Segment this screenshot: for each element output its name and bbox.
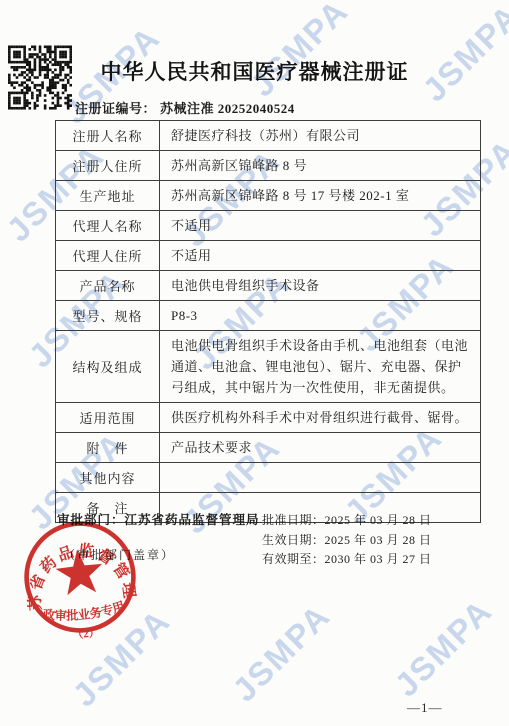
table-row: 生产地址 苏州高新区锦峰路 8 号 17 号楼 202-1 室 [56, 180, 480, 210]
row-value: P8-3 [160, 301, 480, 330]
expiry-date: 有效期至：2030 年 03 月 27 日 [262, 550, 432, 570]
row-label: 其他内容 [56, 463, 160, 492]
dates-block: 批准日期：2025 年 03 月 28 日 生效日期：2025 年 03 月 2… [262, 511, 432, 570]
row-label: 结构及组成 [56, 331, 160, 402]
row-label: 注册人名称 [56, 121, 160, 150]
expiry-date-value: 2030 年 03 月 27 日 [325, 552, 432, 566]
row-label: 产品名称 [56, 271, 160, 300]
stamp-number: （2） [72, 626, 100, 642]
row-label: 代理人住所 [56, 241, 160, 270]
effective-date-label: 生效日期： [262, 533, 325, 547]
stamp-arc-text: 江苏省药品监督管理局 [0, 492, 139, 615]
certificate-content: 中华人民共和国医疗器械注册证 注册证编号：苏械注准 20252040524 注册… [0, 0, 509, 726]
row-label: 附 件 [56, 433, 160, 462]
approval-date-value: 2025 年 03 月 28 日 [325, 513, 432, 527]
row-value: 产品技术要求 [160, 433, 480, 462]
effective-date: 生效日期：2025 年 03 月 28 日 [262, 531, 432, 551]
page-number: —1— [407, 700, 443, 716]
approval-date-label: 批准日期： [262, 513, 325, 527]
table-row: 型号、规格 P8-3 [56, 300, 480, 330]
approval-date: 批准日期：2025 年 03 月 28 日 [262, 511, 432, 531]
expiry-date-label: 有效期至： [262, 552, 325, 566]
table-row: 产品名称 电池供电骨组织手术设备 [56, 270, 480, 300]
svg-text:江苏省药品监督管理局: 江苏省药品监督管理局 [0, 492, 139, 615]
official-stamp: 江苏省药品监督管理局 行政审批业务专用章 （2） [0, 492, 165, 661]
row-value: 不适用 [160, 241, 480, 270]
row-label: 型号、规格 [56, 301, 160, 330]
row-value [160, 463, 480, 492]
table-row: 代理人住所 不适用 [56, 240, 480, 270]
row-label: 注册人住所 [56, 151, 160, 180]
table-row: 注册人住所 苏州高新区锦峰路 8 号 [56, 150, 480, 180]
table-row: 适用范围 供医疗机构外科手术中对骨组织进行截骨、锯骨。 [56, 402, 480, 432]
row-value: 不适用 [160, 211, 480, 240]
table-row: 注册人名称 舒捷医疗科技（苏州）有限公司 [56, 121, 480, 150]
row-label: 代理人名称 [56, 211, 160, 240]
row-value: 电池供电骨组织手术设备由手机、电池组套（电池通道、电池盒、锂电池包）、锯片、充电… [160, 331, 480, 402]
registration-number: 注册证编号：苏械注准 20252040524 [75, 98, 295, 117]
page-title: 中华人民共和国医疗器械注册证 [0, 56, 509, 86]
certificate-page: JSMPA JSMPA JSMPA JSMPA JSMPA JSMPA JSMP… [0, 0, 509, 726]
table-row: 代理人名称 不适用 [56, 210, 480, 240]
table-row: 结构及组成 电池供电骨组织手术设备由手机、电池组套（电池通道、电池盒、锂电池包）… [56, 330, 480, 402]
table-row: 其他内容 [56, 462, 480, 492]
row-label: 生产地址 [56, 181, 160, 210]
row-label: 适用范围 [56, 403, 160, 432]
certificate-table: 注册人名称 舒捷医疗科技（苏州）有限公司 注册人住所 苏州高新区锦峰路 8 号 … [55, 120, 481, 523]
row-value: 电池供电骨组织手术设备 [160, 271, 480, 300]
row-value: 苏州高新区锦峰路 8 号 17 号楼 202-1 室 [160, 181, 480, 210]
registration-number-value: 苏械注准 20252040524 [160, 101, 295, 116]
row-value: 舒捷医疗科技（苏州）有限公司 [160, 121, 480, 150]
registration-number-label: 注册证编号： [75, 101, 156, 116]
effective-date-value: 2025 年 03 月 28 日 [325, 533, 432, 547]
row-value: 苏州高新区锦峰路 8 号 [160, 151, 480, 180]
table-row: 附 件 产品技术要求 [56, 432, 480, 462]
row-value: 供医疗机构外科手术中对骨组织进行截骨、锯骨。 [160, 403, 480, 432]
